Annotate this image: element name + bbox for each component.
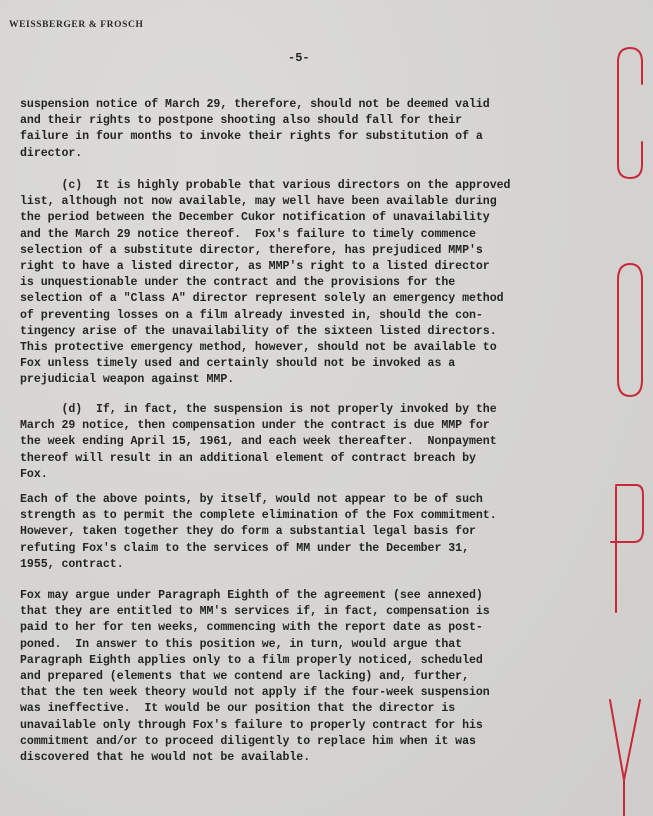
stamp-letter-c [618,48,642,178]
stamp-letter-p [611,485,643,612]
stamp-letter-o [618,264,642,396]
document-page: WEISSBERGER & FROSCH -5- suspension noti… [0,0,653,816]
copy-stamp [0,0,653,816]
stamp-letter-y [610,700,640,816]
